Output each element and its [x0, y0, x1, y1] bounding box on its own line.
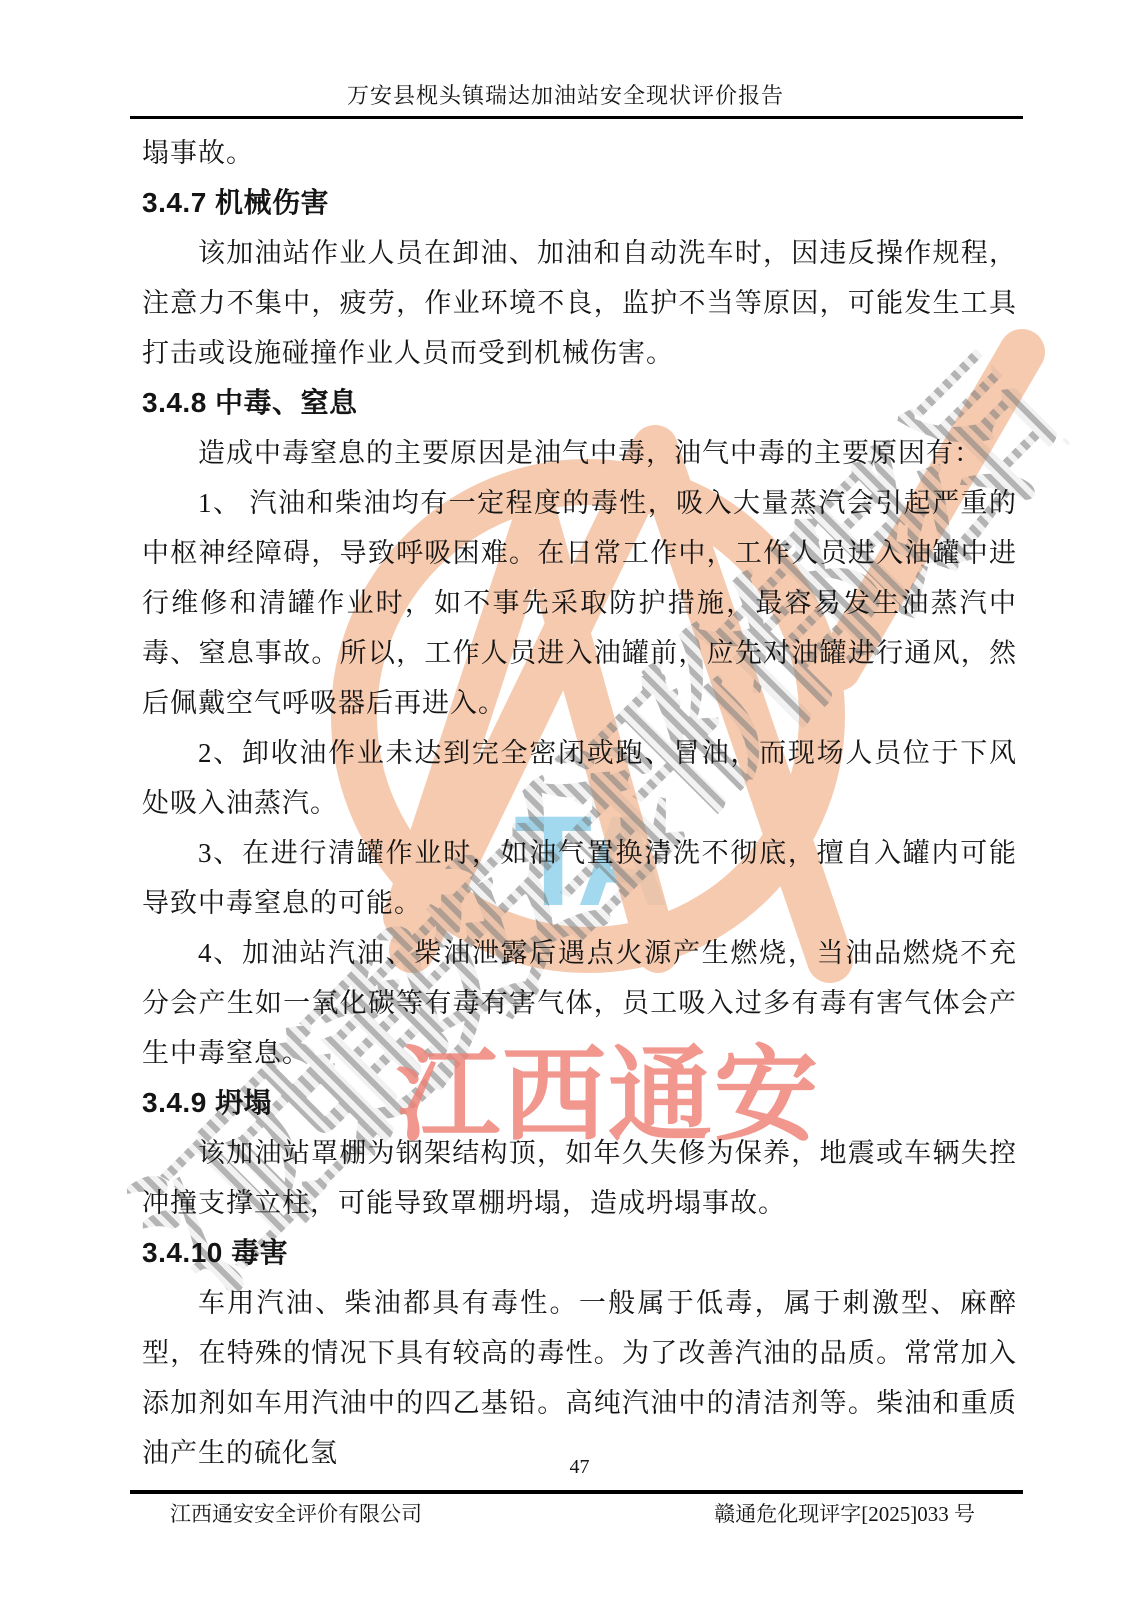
paragraph: 3、在进行清罐作业时，如油气置换清洗不彻底，擅自入罐内可能导致中毒窒息的可能。: [142, 828, 1017, 928]
paragraph: 4、加油站汽油、柴油泄露后遇点火源产生燃烧，当油品燃烧不充分会产生如一氧化碳等有…: [142, 928, 1017, 1078]
section-heading: 3.4.8 中毒、窒息: [142, 378, 1017, 428]
document-body: 塌事故。 3.4.7 机械伤害该加油站作业人员在卸油、加油和自动洗车时，因违反操…: [142, 128, 1017, 1478]
paragraph-continuation: 塌事故。: [142, 128, 1017, 178]
paragraph: 该加油站罩棚为钢架结构顶，如年久失修为保养，地震或车辆失控冲撞支撑立柱，可能导致…: [142, 1128, 1017, 1228]
paragraph: 1、 汽油和柴油均有一定程度的毒性，吸入大量蒸汽会引起严重的中枢神经障碍，导致呼…: [142, 478, 1017, 728]
paragraph: 2、卸收油作业未达到完全密闭或跑、冒油，而现场人员位于下风处吸入油蒸汽。: [142, 728, 1017, 828]
paragraph: 车用汽油、柴油都具有毒性。一般属于低毒，属于刺激型、麻醉型，在特殊的情况下具有较…: [142, 1278, 1017, 1478]
paragraph: 该加油站作业人员在卸油、加油和自动洗车时，因违反操作规程，注意力不集中，疲劳，作…: [142, 228, 1017, 378]
section-heading: 3.4.10 毒害: [142, 1228, 1017, 1278]
section-heading: 3.4.9 坍塌: [142, 1078, 1017, 1128]
page-number: 47: [142, 1452, 1017, 1482]
page-header-title: 万安县枧头镇瑞达加油站安全现状评价报告: [0, 82, 1131, 110]
footer-doc-number: 赣通危化现评字[2025]033 号: [714, 1498, 975, 1530]
section-heading: 3.4.7 机械伤害: [142, 178, 1017, 228]
document-page: TA 江西通安安全评价有限公司 江西通安 万安县枧头镇瑞达加油站安全现状评价报告…: [0, 0, 1131, 1600]
footer-rule: [130, 1490, 1023, 1494]
sections-container: 3.4.7 机械伤害该加油站作业人员在卸油、加油和自动洗车时，因违反操作规程，注…: [142, 178, 1017, 1478]
paragraph: 造成中毒窒息的主要原因是油气中毒，油气中毒的主要原因有：: [142, 428, 1017, 478]
footer-row: 江西通安安全评价有限公司 赣通危化现评字[2025]033 号: [130, 1498, 1023, 1530]
footer-company: 江西通安安全评价有限公司: [170, 1498, 422, 1530]
header-rule: [130, 116, 1023, 119]
